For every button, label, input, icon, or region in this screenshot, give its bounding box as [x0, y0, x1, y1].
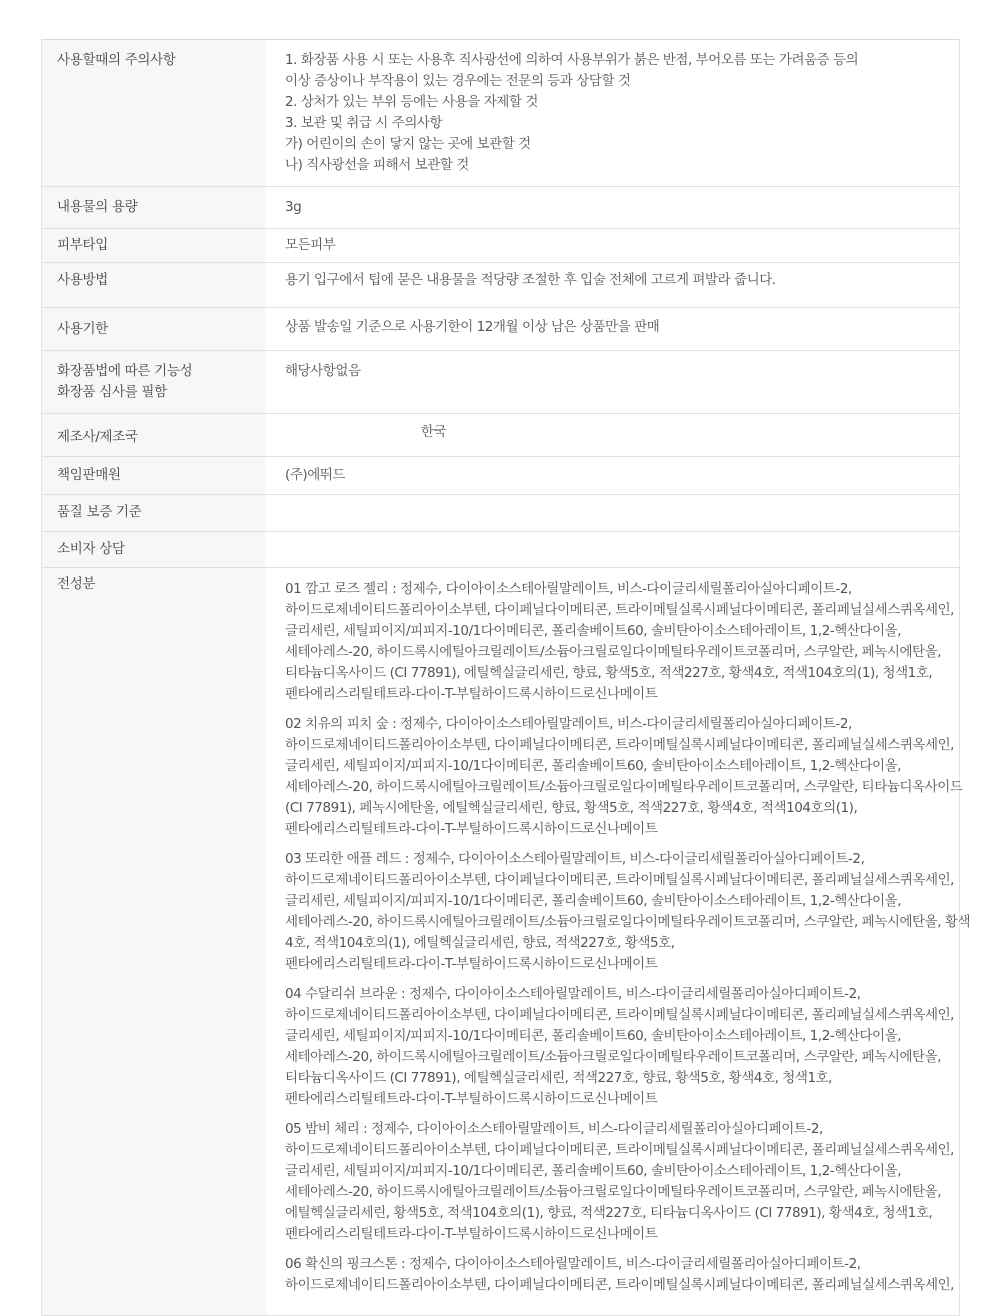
ingredient-line: 하이드로제네이티드폴리아이소부텐, 다이페닐다이메티콘, 트라이메틸실록시페닐다… — [285, 600, 951, 621]
table-row-skin-type: 피부타입 모든피부 — [42, 229, 960, 263]
ingredient-line: 펜타에리스리틸테트라-다이-T-부틸하이드록시하이드로신나메이트 — [285, 1089, 951, 1110]
ingredient-line: 4호, 적색104호의(1), 에틸헥실글리세린, 향료, 적색227호, 황색… — [285, 933, 951, 954]
ingredient-block-04: 04 수달리쉬 브라운 : 정제수, 다이아이소스테아릴말레이트, 비스-다이글… — [285, 984, 951, 1110]
row-label: 화장품법에 따른 기능성 화장품 심사를 필함 — [42, 351, 267, 414]
ingredient-line: 세테아레스-20, 하이드록시에틸아크릴레이트/소듐아크릴로일다이메틸타우레이트… — [285, 642, 951, 663]
ingredient-line: 글리세린, 세틸피이지/피피지-10/1다이메티콘, 폴리솔베이트60, 솔비탄… — [285, 621, 951, 642]
product-info-table: 사용할때의 주의사항 1. 화장품 사용 시 또는 사용후 직사광선에 의하여 … — [41, 39, 960, 1280]
row-label: 품질 보증 기준 — [42, 495, 267, 532]
usage-value: 용기 입구에서 팁에 묻은 내용물을 적당량 조절한 후 입술 전체에 고르게 … — [266, 263, 960, 308]
seller-value: (주)에뛰드 — [266, 457, 960, 495]
quality-value — [266, 495, 960, 532]
ingredient-line: 하이드로제네이티드폴리아이소부텐, 다이페닐다이메티콘, 트라이메틸실록시페닐다… — [285, 1275, 951, 1280]
ingredient-line: 세테아레스-20, 하이드록시에틸아크릴레이트/소듐아크릴로일다이메틸타우레이트… — [285, 1182, 951, 1203]
row-label-line: 화장품법에 따른 기능성 — [57, 361, 252, 382]
row-label: 사용기한 — [42, 308, 267, 351]
ingredient-line: 하이드로제네이티드폴리아이소부텐, 다이페닐다이메티콘, 트라이메틸실록시페닐다… — [285, 1140, 951, 1161]
row-label: 피부타입 — [42, 229, 267, 263]
table-row-quality: 품질 보증 기준 — [42, 495, 960, 532]
caution-value: 1. 화장품 사용 시 또는 사용후 직사광선에 의하여 사용부위가 붉은 반점… — [266, 40, 960, 187]
ingredient-line: 02 치유의 피치 숲 : 정제수, 다이아이소스테아릴말레이트, 비스-다이글… — [285, 714, 951, 735]
product-info-section: 사용할때의 주의사항 1. 화장품 사용 시 또는 사용후 직사광선에 의하여 … — [41, 39, 960, 1280]
volume-value: 3g — [266, 187, 960, 229]
ingredient-line: 01 깜고 로즈 젤리 : 정제수, 다이아이소스테아릴말레이트, 비스-다이글… — [285, 579, 951, 600]
table-row-maker: 제조사/제조국 한국 — [42, 414, 960, 457]
expiry-value: 상품 발송일 기준으로 사용기한이 12개월 이상 남은 상품만을 판매 — [266, 308, 960, 351]
table-row-consumer: 소비자 상담 — [42, 532, 960, 568]
row-label: 사용할때의 주의사항 — [42, 40, 267, 187]
table-row-usage: 사용방법 용기 입구에서 팁에 묻은 내용물을 적당량 조절한 후 입술 전체에… — [42, 263, 960, 308]
ingredient-line: 하이드로제네이티드폴리아이소부텐, 다이페닐다이메티콘, 트라이메틸실록시페닐다… — [285, 1005, 951, 1026]
maker-value: 한국 — [285, 422, 446, 443]
ingredient-line: 세테아레스-20, 하이드록시에틸아크릴레이트/소듐아크릴로일다이메틸타우레이트… — [285, 777, 951, 798]
ingredient-line: 글리세린, 세틸피이지/피피지-10/1다이메티콘, 폴리솔베이트60, 솔비탄… — [285, 1161, 951, 1182]
ingredient-line: 세테아레스-20, 하이드록시에틸아크릴레이트/소듐아크릴로일다이메틸타우레이트… — [285, 912, 951, 933]
ingredient-line: 하이드로제네이티드폴리아이소부텐, 다이페닐다이메티콘, 트라이메틸실록시페닐다… — [285, 735, 951, 756]
ingredient-block-05: 05 밤비 체리 : 정제수, 다이아이소스테아릴말레이트, 비스-다이글리세릴… — [285, 1119, 951, 1245]
skin-type-value: 모든피부 — [266, 229, 960, 263]
row-label: 제조사/제조국 — [42, 414, 267, 457]
ingredient-line: 펜타에리스리틸테트라-다이-T-부틸하이드록시하이드로신나메이트 — [285, 954, 951, 975]
row-label: 책임판매원 — [42, 457, 267, 495]
caution-line: 1. 화장품 사용 시 또는 사용후 직사광선에 의하여 사용부위가 붉은 반점… — [285, 50, 951, 71]
ingredient-block-02: 02 치유의 피치 숲 : 정제수, 다이아이소스테아릴말레이트, 비스-다이글… — [285, 714, 951, 840]
functional-value: 해당사항없음 — [266, 351, 960, 414]
caution-line: 나) 직사광선을 피해서 보관할 것 — [285, 155, 951, 176]
ingredient-block-01: 01 깜고 로즈 젤리 : 정제수, 다이아이소스테아릴말레이트, 비스-다이글… — [285, 579, 951, 705]
table-row-ingredients: 전성분 01 깜고 로즈 젤리 : 정제수, 다이아이소스테아릴말레이트, 비스… — [42, 568, 960, 1281]
ingredient-line: 03 또리한 애플 레드 : 정제수, 다이아이소스테아릴말레이트, 비스-다이… — [285, 849, 951, 870]
consumer-value — [266, 532, 960, 568]
ingredient-line: 에틸헥실글리세린, 황색5호, 적색104호의(1), 향료, 적색227호, … — [285, 1203, 951, 1224]
ingredient-line: (CI 77891), 페녹시에탄올, 에틸헥실글리세린, 향료, 황색5호, … — [285, 798, 951, 819]
ingredient-line: 티타늄디옥사이드 (CI 77891), 에틸헥실글리세린, 향료, 황색5호,… — [285, 663, 951, 684]
ingredient-line: 글리세린, 세틸피이지/피피지-10/1다이메티콘, 폴리솔베이트60, 솔비탄… — [285, 1026, 951, 1047]
row-label: 전성분 — [42, 568, 267, 1281]
table-row-expiry: 사용기한 상품 발송일 기준으로 사용기한이 12개월 이상 남은 상품만을 판… — [42, 308, 960, 351]
table-row-seller: 책임판매원 (주)에뛰드 — [42, 457, 960, 495]
ingredient-line: 04 수달리쉬 브라운 : 정제수, 다이아이소스테아릴말레이트, 비스-다이글… — [285, 984, 951, 1005]
ingredients-value: 01 깜고 로즈 젤리 : 정제수, 다이아이소스테아릴말레이트, 비스-다이글… — [266, 568, 960, 1281]
ingredient-block-06: 06 확신의 핑크스톤 : 정제수, 다이아이소스테아릴말레이트, 비스-다이글… — [285, 1254, 951, 1280]
row-label: 내용물의 용량 — [42, 187, 267, 229]
caution-line: 가) 어린이의 손이 닿지 않는 곳에 보관할 것 — [285, 134, 951, 155]
ingredient-line: 티타늄디옥사이드 (CI 77891), 에틸헥실글리세린, 적색227호, 향… — [285, 1068, 951, 1089]
ingredient-line: 글리세린, 세틸피이지/피피지-10/1다이메티콘, 폴리솔베이트60, 솔비탄… — [285, 756, 951, 777]
ingredient-line: 06 확신의 핑크스톤 : 정제수, 다이아이소스테아릴말레이트, 비스-다이글… — [285, 1254, 951, 1275]
ingredient-line: 펜타에리스리틸테트라-다이-T-부틸하이드록시하이드로신나메이트 — [285, 819, 951, 840]
caution-line: 이상 증상이나 부작용이 있는 경우에는 전문의 등과 상담할 것 — [285, 71, 951, 92]
maker-cell: 한국 — [266, 414, 960, 457]
ingredient-line: 글리세린, 세틸피이지/피피지-10/1다이메티콘, 폴리솔베이트60, 솔비탄… — [285, 891, 951, 912]
row-label: 소비자 상담 — [42, 532, 267, 568]
ingredient-line: 하이드로제네이티드폴리아이소부텐, 다이페닐다이메티콘, 트라이메틸실록시페닐다… — [285, 870, 951, 891]
ingredient-line: 펜타에리스리틸테트라-다이-T-부틸하이드록시하이드로신나메이트 — [285, 1224, 951, 1245]
caution-line: 2. 상처가 있는 부위 등에는 사용을 자제할 것 — [285, 92, 951, 113]
caution-line: 3. 보관 및 취급 시 주의사항 — [285, 113, 951, 134]
ingredient-line: 세테아레스-20, 하이드록시에틸아크릴레이트/소듐아크릴로일다이메틸타우레이트… — [285, 1047, 951, 1068]
table-row-functional: 화장품법에 따른 기능성 화장품 심사를 필함 해당사항없음 — [42, 351, 960, 414]
ingredient-block-03: 03 또리한 애플 레드 : 정제수, 다이아이소스테아릴말레이트, 비스-다이… — [285, 849, 951, 975]
ingredient-line: 05 밤비 체리 : 정제수, 다이아이소스테아릴말레이트, 비스-다이글리세릴… — [285, 1119, 951, 1140]
ingredient-line: 펜타에리스리틸테트라-다이-T-부틸하이드록시하이드로신나메이트 — [285, 684, 951, 705]
row-label-line: 화장품 심사를 필함 — [57, 382, 252, 403]
row-label: 사용방법 — [42, 263, 267, 308]
table-row-volume: 내용물의 용량 3g — [42, 187, 960, 229]
table-row-caution: 사용할때의 주의사항 1. 화장품 사용 시 또는 사용후 직사광선에 의하여 … — [42, 40, 960, 187]
